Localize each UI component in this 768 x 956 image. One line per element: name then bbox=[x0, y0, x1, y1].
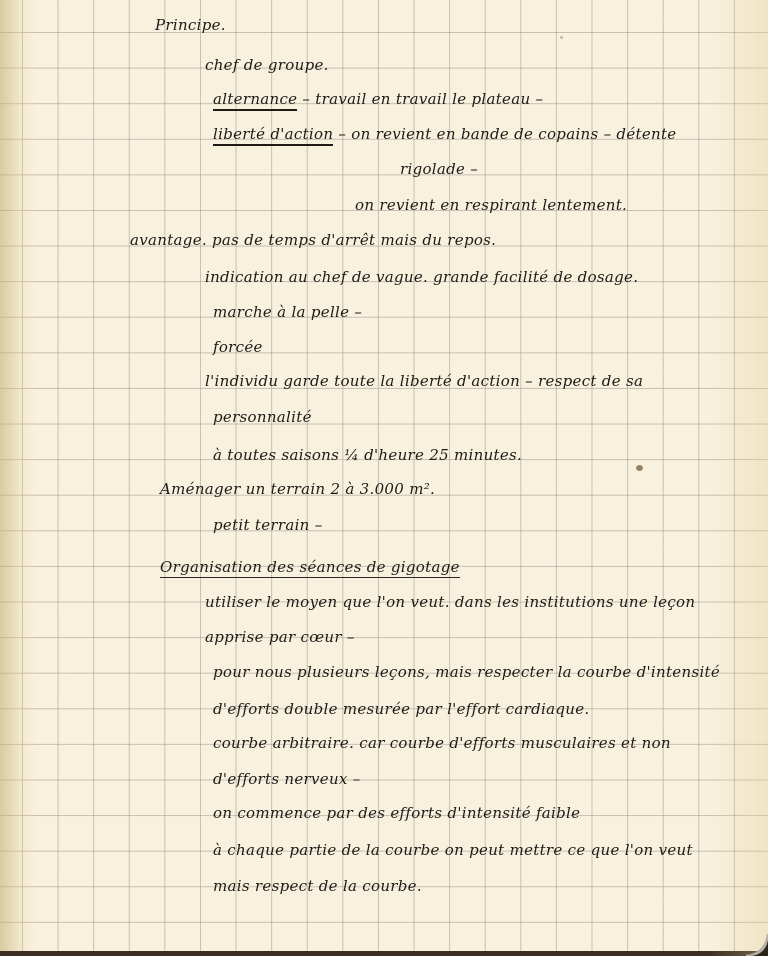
text-line: apprise par cœur – bbox=[205, 628, 355, 646]
text-line: on revient en respirant lentement. bbox=[355, 196, 627, 214]
text-line: utiliser le moyen que l'on veut. dans le… bbox=[205, 593, 695, 611]
underlined-term: alternance bbox=[213, 90, 297, 111]
text-line: petit terrain – bbox=[213, 516, 323, 534]
ink-stain bbox=[636, 465, 643, 471]
term-definition: – travail en travail le plateau – bbox=[297, 90, 543, 108]
text-line: forcée bbox=[213, 338, 263, 356]
text-line: l'individu garde toute la liberté d'acti… bbox=[205, 372, 643, 390]
notebook-page: Principe. chef de groupe. alternance – t… bbox=[0, 0, 768, 956]
text-line: marche à la pelle – bbox=[213, 303, 362, 321]
text-line: à toutes saisons ¼ d'heure 25 minutes. bbox=[213, 446, 522, 464]
heading-principe: Principe. bbox=[155, 16, 226, 34]
text-line: rigolade – bbox=[400, 160, 478, 178]
text-line: à chaque partie de la courbe on peut met… bbox=[213, 841, 693, 859]
text-line: Aménager un terrain 2 à 3.000 m². bbox=[160, 480, 435, 498]
page-corner bbox=[746, 934, 768, 956]
underlined-term: liberté d'action bbox=[213, 125, 333, 146]
text-line: courbe arbitraire. car courbe d'efforts … bbox=[213, 734, 671, 752]
text-line: chef de groupe. bbox=[205, 56, 329, 74]
term-definition: – on revient en bande de copains – déten… bbox=[333, 125, 676, 143]
text-line: d'efforts nerveux – bbox=[213, 770, 361, 788]
section-heading-organisation: Organisation des séances de gigotage bbox=[160, 558, 460, 576]
text-line: liberté d'action – on revient en bande d… bbox=[213, 125, 676, 143]
ink-speck bbox=[560, 36, 563, 39]
text-line: indication au chef de vague. grande faci… bbox=[205, 268, 638, 286]
text-line: personnalité bbox=[213, 408, 312, 426]
text-line: alternance – travail en travail le plate… bbox=[213, 90, 543, 108]
text-line: pour nous plusieurs leçons, mais respect… bbox=[213, 663, 720, 681]
page-bottom-edge bbox=[0, 951, 768, 956]
text-line: d'efforts double mesurée par l'effort ca… bbox=[213, 700, 589, 718]
text-line: mais respect de la courbe. bbox=[213, 877, 422, 895]
text-line: avantage. pas de temps d'arrêt mais du r… bbox=[130, 231, 496, 249]
text-line: on commence par des efforts d'intensité … bbox=[213, 804, 580, 822]
